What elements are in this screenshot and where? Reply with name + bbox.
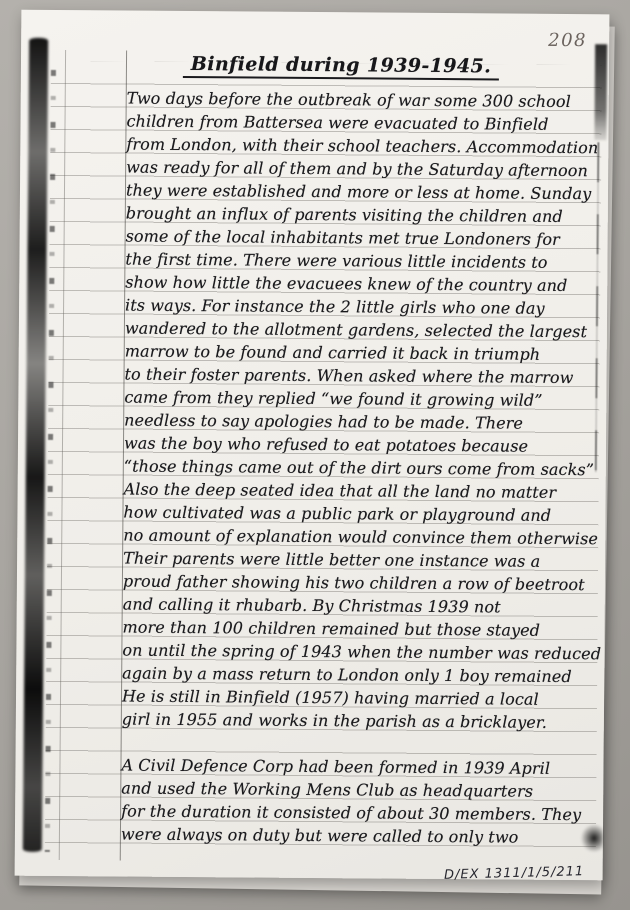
page-title: Binfield during 1939-1945.	[183, 53, 500, 80]
title-row: Binfield during 1939-1945.	[161, 53, 521, 81]
paragraph: A Civil Defence Corp had been formed in …	[121, 754, 600, 850]
manuscript-page: 208 Binfield during 1939-1945. Two days …	[15, 10, 610, 881]
page-number: 208	[548, 30, 587, 51]
paragraph: Two days before the outbreak of war some…	[122, 87, 605, 735]
handwritten-line: were always on duty but were called to o…	[121, 823, 599, 850]
manuscript-body: Two days before the outbreak of war some…	[121, 87, 605, 850]
photocopy-binding-streak	[23, 38, 48, 852]
photograph-background: 208 Binfield during 1939-1945. Two days …	[0, 0, 630, 910]
handwritten-line: girl in 1955 and works in the parish as …	[122, 708, 600, 735]
